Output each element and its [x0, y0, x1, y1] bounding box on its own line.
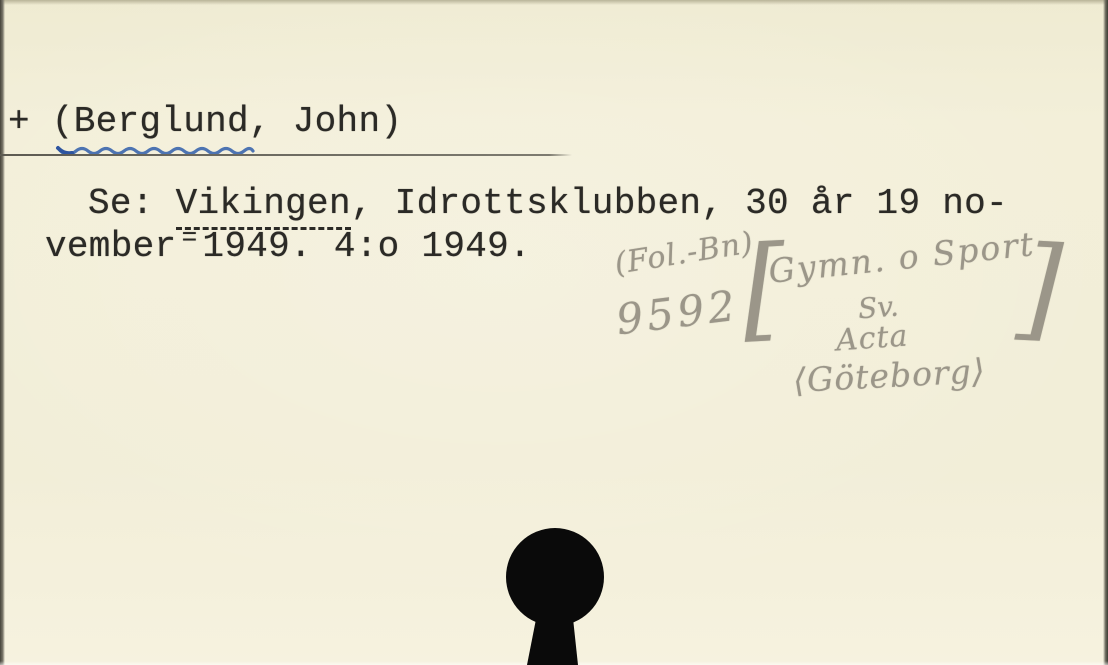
card-heading: + (Berglund, John) — [8, 101, 402, 142]
insertion-mark: = — [176, 223, 202, 253]
reference-line-1-rest: , Idrottsklubben, 30 år 19 no- — [351, 183, 1008, 224]
heading-rule — [0, 154, 572, 156]
reference-line-2-rest: 1949. 4:o 1949. — [202, 226, 531, 267]
see-label: Se: — [88, 183, 176, 224]
wavy-underline-ink — [54, 142, 258, 162]
reference-line-1: Se: Vikingen, Idrottsklubben, 30 år 19 n… — [88, 183, 1008, 224]
pencil-location: ⟨Göteborg⟩ — [792, 351, 986, 400]
card-edge-top — [0, 0, 1108, 5]
reference-line-2: vember=1949. 4:o 1949. — [45, 226, 531, 267]
card-edge-left — [0, 0, 5, 665]
reference-line-2-start: vember — [45, 226, 176, 267]
pencil-subcategory-acta: Acta — [835, 319, 910, 359]
pencil-category: Gymn. o Sport — [767, 224, 1037, 291]
index-card: + (Berglund, John) Se: Vikingen, Idrotts… — [0, 0, 1108, 665]
card-edge-right — [1103, 0, 1108, 665]
pencil-shelf-number: 9592 — [613, 281, 741, 345]
pencil-format-note: (Fol.-Bn) — [612, 225, 756, 282]
pencil-bracket-close: ] — [1015, 231, 1065, 345]
keyhole-punch-hole — [475, 525, 635, 665]
